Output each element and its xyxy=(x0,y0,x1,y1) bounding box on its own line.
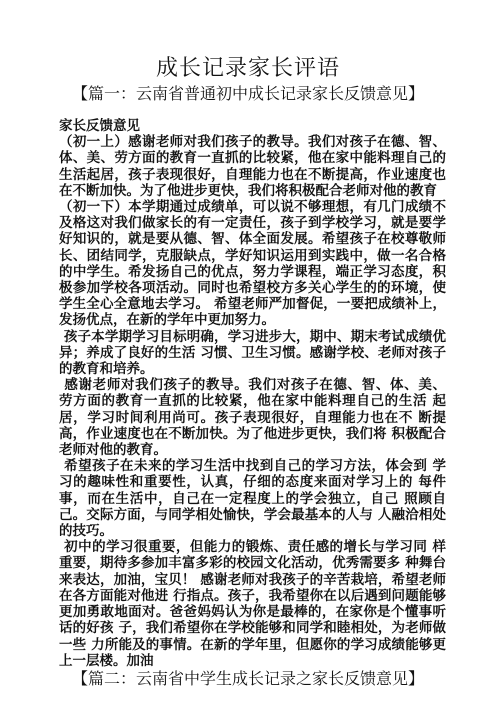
document-title: 成长记录家长评语 xyxy=(0,0,496,82)
section-1-body: 家长反馈意见 （初一上）感谢老师对我们孩子的教导。我们对孩子在德、智、体、美、劳… xyxy=(59,118,446,669)
document-page: 成长记录家长评语 【篇一：云南省普通初中成长记录家长反馈意见】 家长反馈意见 （… xyxy=(0,0,496,702)
paragraph-grade7-first-term: （初一上）感谢老师对我们孩子的教导。我们对孩子在德、智、体、美、劳方面的教育一直… xyxy=(59,134,446,199)
paragraph-semester-goals: 孩子本学期学习目标明确，学习进步大，期中、期末考试成绩优异；养成了良好的生活 习… xyxy=(59,329,446,378)
section-1-header: 【篇一：云南省普通初中成长记录家长反馈意见】 xyxy=(0,84,496,104)
paragraph-encouragement: 初中的学习很重要，但能力的锻炼、责任感的增长与学习同 样重要，期待多参加丰富多彩… xyxy=(59,539,446,669)
paragraph-future-hopes: 希望孩子在未来的学习生活中找到自己的学习方法，体会到 学习的趣味性和重要性，认真… xyxy=(59,458,446,539)
section-2-header: 【篇二：云南省中学生成长记录之家长反馈意见】 xyxy=(0,670,496,688)
paragraph-thanks-teacher: 感谢老师对我们孩子的教导。我们对孩子在德、智、体、美、 劳方面的教育一直抓的比较… xyxy=(59,377,446,458)
paragraph-grade7-second-term: （初一下）本学期通过成绩单，可以说不够理想，有几门成绩不及格这对我们做家长的有一… xyxy=(59,199,446,329)
paragraph-feedback-label: 家长反馈意见 xyxy=(59,118,446,134)
